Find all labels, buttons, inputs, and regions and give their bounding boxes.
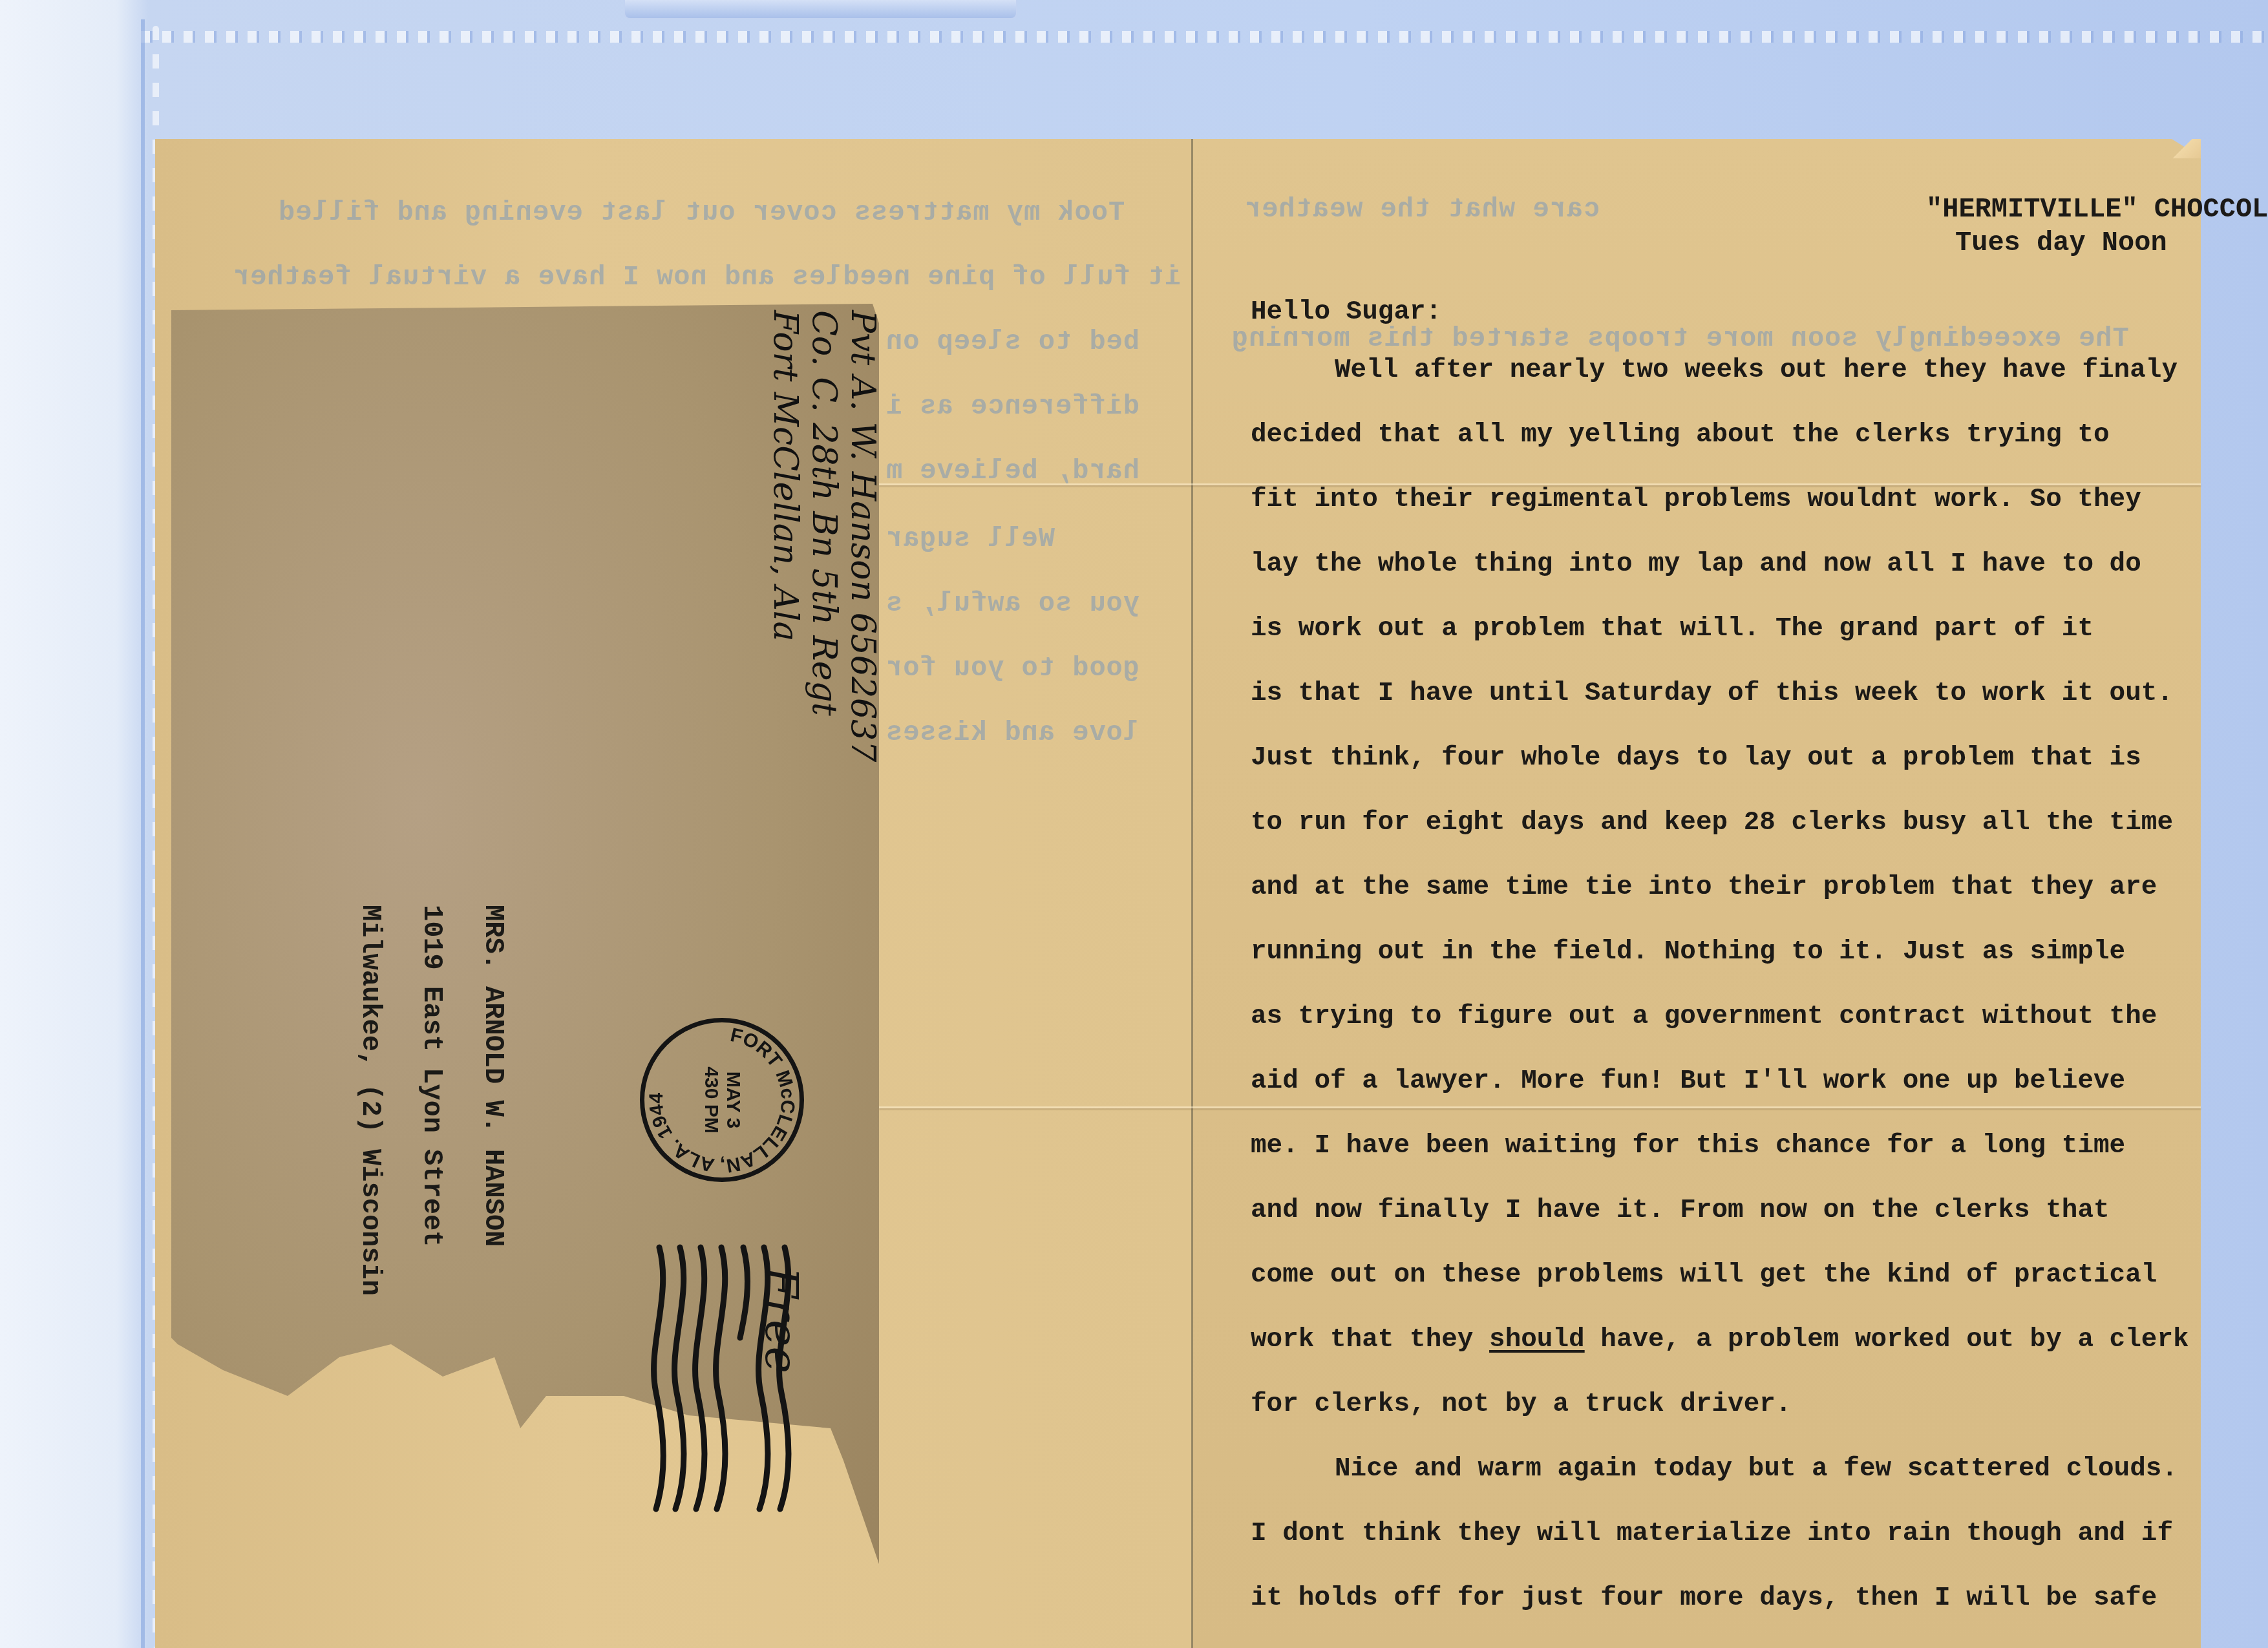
bleed-through-line: care what the weather (1244, 194, 1600, 225)
sleeve-tab (624, 0, 1017, 19)
folded-corner (2168, 139, 2201, 158)
letter-line: decided that all my yelling about the cl… (1251, 420, 2110, 450)
letter-line: is work out a problem that will. The gra… (1251, 614, 2093, 644)
return-address-line: Co. C. 28th Bn 5th Regt (805, 310, 843, 762)
letter-line: lay the whole thing into my lap and now … (1251, 549, 2141, 579)
letter-line-end: have, a problem worked out by a clerk (1585, 1325, 2189, 1355)
return-address: Pvt A. W. Hanson 6562637 Co. C. 28th Bn … (766, 310, 882, 762)
recipient-line: MRS. ARNOLD W. HANSON (462, 905, 524, 1296)
letter-line: Well after nearly two weeks out here the… (1335, 355, 2178, 385)
horizontal-crease (879, 1106, 2201, 1108)
bleed-through-line: The exceedingly soon more troops started… (1231, 323, 2129, 354)
letter-line: Nice and warm again today but a few scat… (1335, 1454, 2178, 1484)
letter-line: for clerks, not by a truck driver. (1251, 1389, 1792, 1419)
return-address-line: Pvt A. W. Hanson 6562637 (843, 310, 882, 762)
free-frank-signature: Free (755, 1267, 808, 1373)
letter-line: running out in the field. Nothing to it.… (1251, 937, 2125, 967)
bleed-through-line: bed to sleep on (885, 326, 1139, 357)
postmark-stamp: FORT McCLELLAN, ALA. 1944 MAY 3 430 PM (640, 1018, 804, 1182)
postmark-time: 430 PM (700, 1066, 722, 1133)
postmark-center: MAY 3 430 PM (700, 1066, 744, 1133)
letter-line: me. I have been waiting for this chance … (1251, 1131, 2125, 1161)
return-address-line: Fort McClellan, Ala (766, 310, 805, 762)
letter-salutation: Hello Sugar: (1251, 297, 1441, 327)
page-fold-divider (1191, 139, 1193, 1648)
sleeve-top-seam (141, 31, 2268, 43)
letter-line: is that I have until Saturday of this we… (1251, 679, 2173, 708)
letter-line: to run for eight days and keep 28 clerks… (1251, 808, 2173, 838)
recipient-line: Milwaukee, (2) Wisconsin (339, 905, 401, 1296)
bleed-through-line: Well sugar (885, 523, 1055, 555)
letter-line: aid of a lawyer. More fun! But I'll work… (1251, 1066, 2125, 1096)
bleed-through-line: difference as i (885, 391, 1139, 422)
bleed-through-line: you so awful, s (885, 588, 1139, 619)
letter-line: come out on these problems will get the … (1251, 1260, 2157, 1290)
bleed-through-line: it full of pine needles and now I have a… (233, 262, 1181, 293)
recipient-address: MRS. ARNOLD W. HANSON 1019 East Lyon Str… (339, 905, 524, 1296)
bleed-through-line: Took my mattress cover out last evening … (278, 197, 1125, 228)
postmark-date: MAY 3 (722, 1066, 744, 1133)
letter-dateline: Tues day Noon (1955, 227, 2167, 259)
sleeve-left-edge (141, 19, 145, 1648)
letter-heading: "HERMITVILLE" CHOCCOLOCCO (1926, 194, 2268, 225)
underlined-word: should (1489, 1325, 1585, 1355)
letter-line: and now finally I have it. From now on t… (1251, 1196, 2110, 1225)
bleed-through-line: good to you for (885, 653, 1139, 684)
letter-line: work that they should have, a problem wo… (1251, 1325, 2189, 1355)
bleed-through-line: love and kisses (885, 717, 1139, 748)
letter-line: it holds off for just four more days, th… (1251, 1583, 2157, 1613)
letter-line: fit into their regimental problems would… (1251, 485, 2141, 514)
letter-line: and at the same time tie into their prob… (1251, 872, 2157, 902)
letter-line: Just think, four whole days to lay out a… (1251, 743, 2141, 773)
letter-line: as trying to figure out a government con… (1251, 1002, 2157, 1031)
letter-line: I dont think they will materialize into … (1251, 1519, 2173, 1548)
letter-line-start: work that they (1251, 1325, 1489, 1355)
recipient-line: 1019 East Lyon Street (401, 905, 462, 1296)
bleed-through-line: hard, believe m (885, 456, 1139, 487)
